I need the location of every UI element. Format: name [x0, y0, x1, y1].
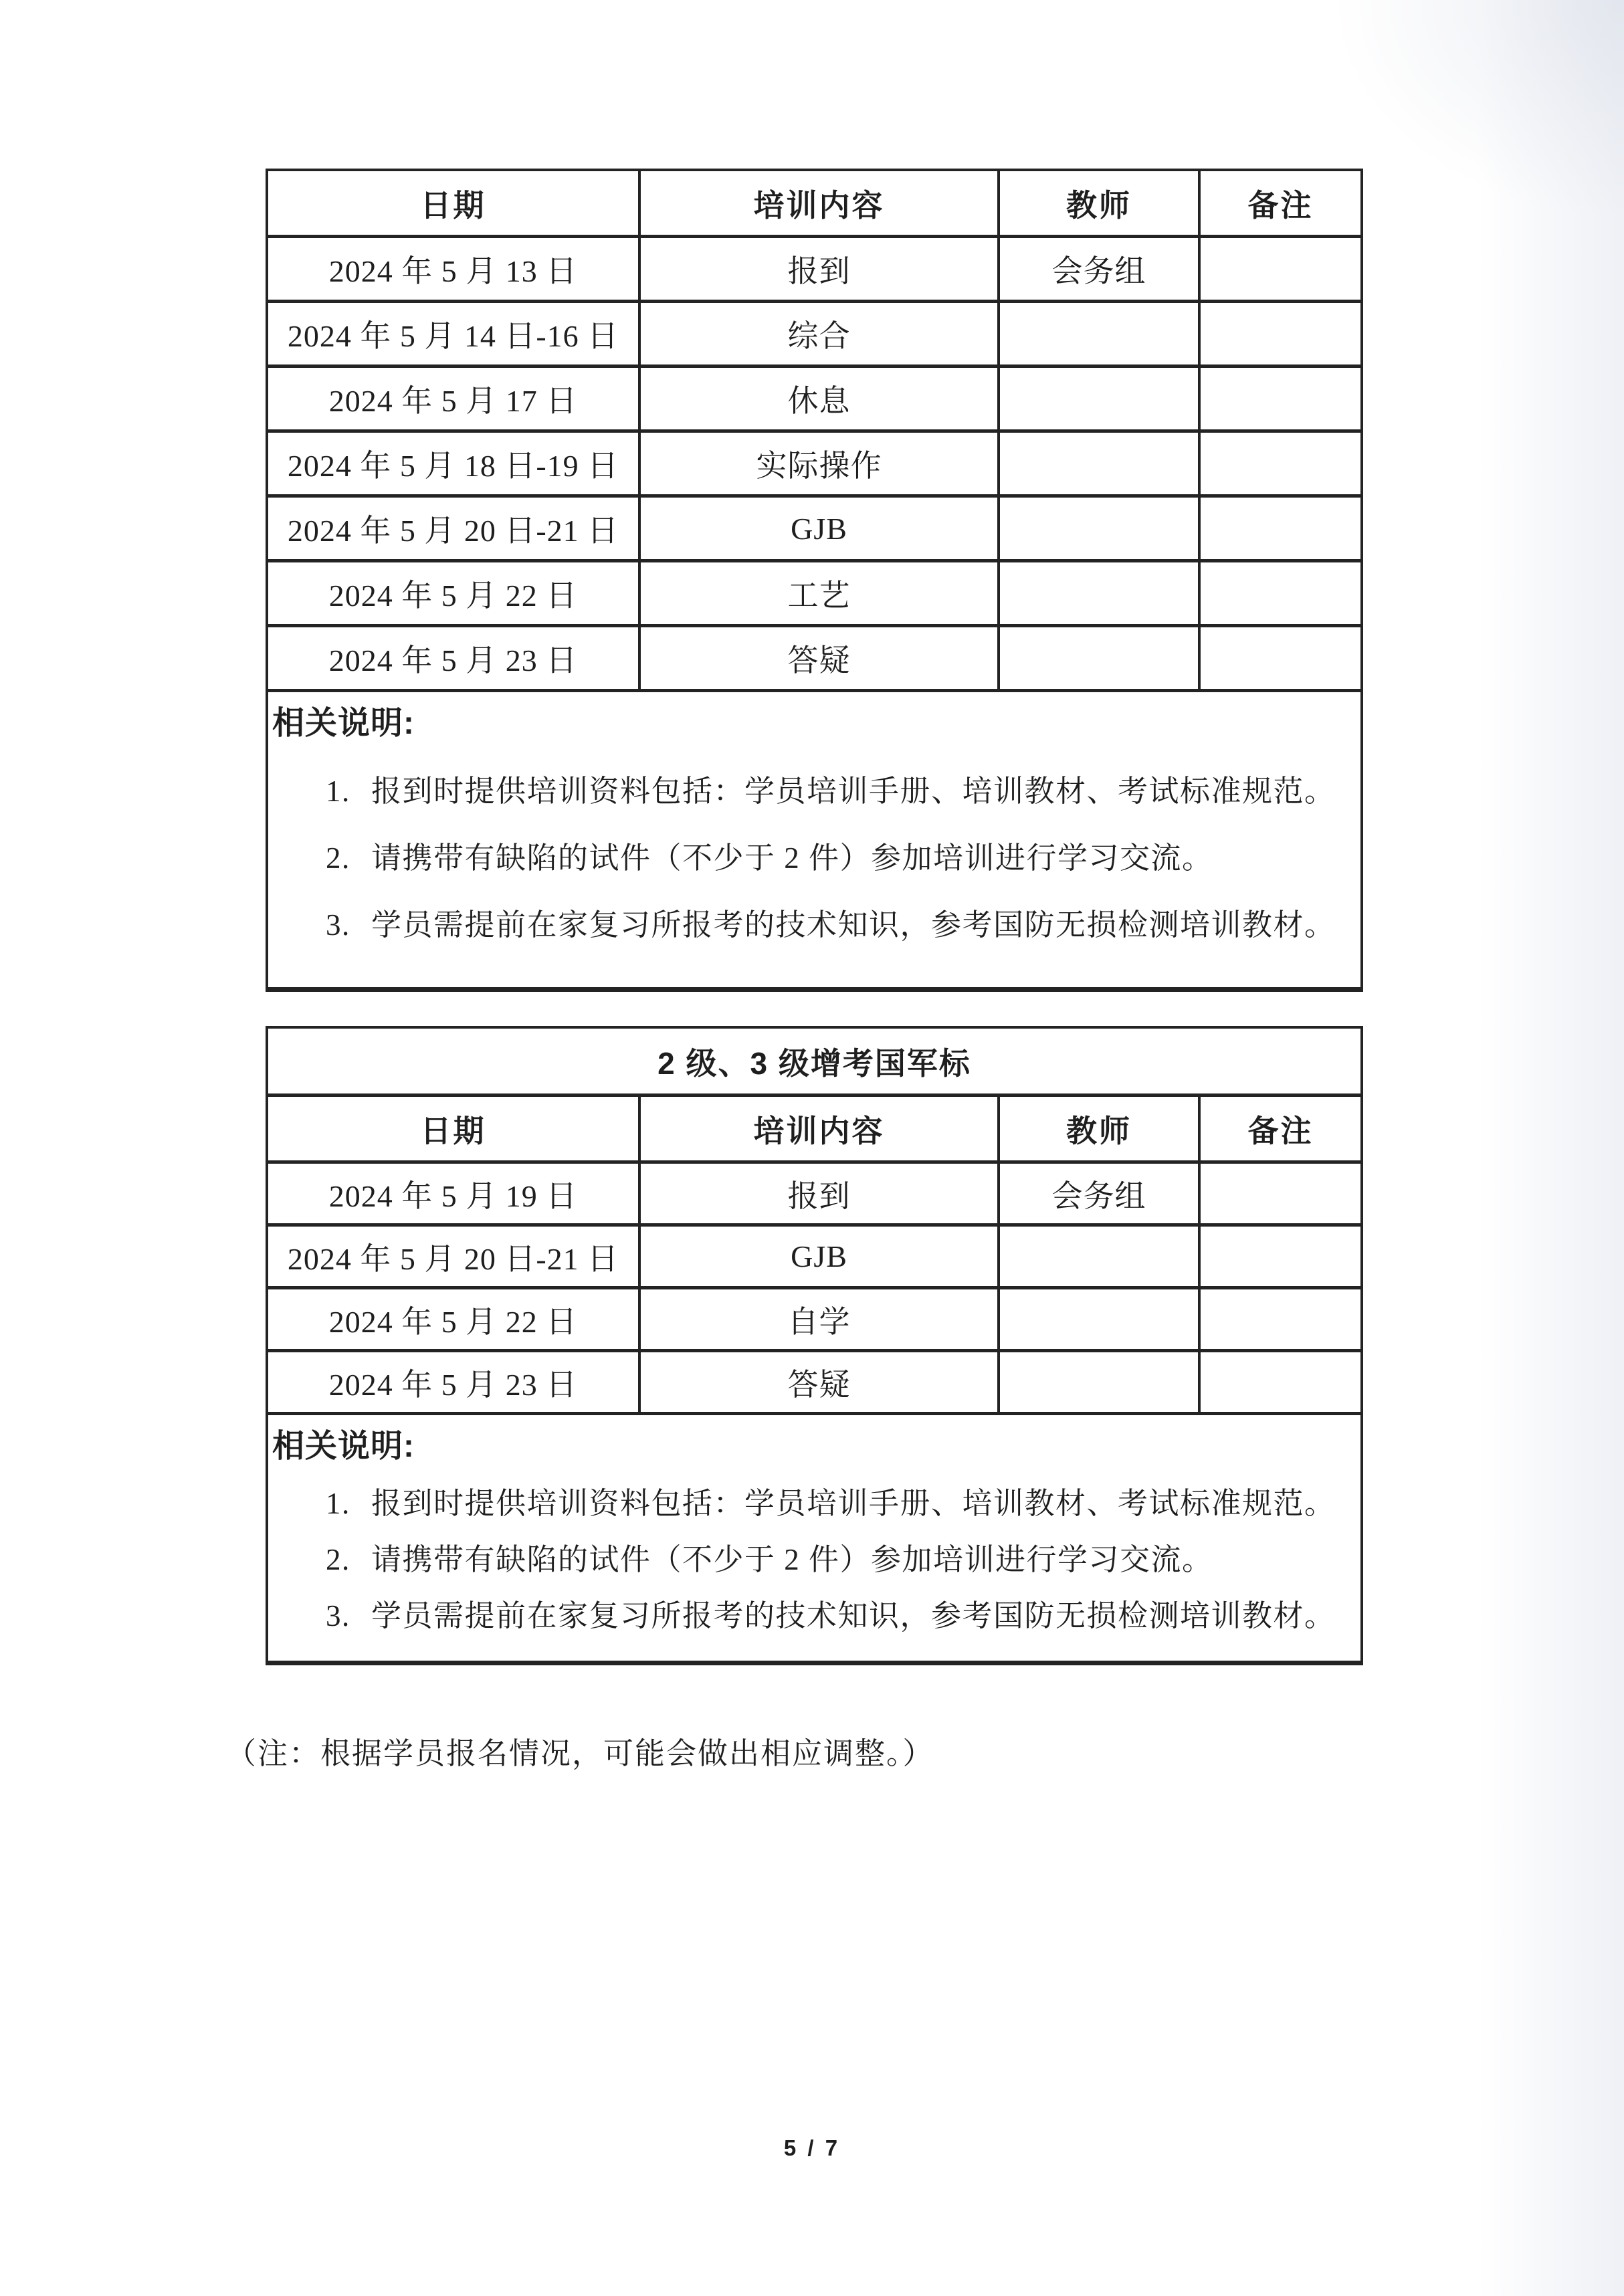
gjb-table-title: 2 级、3 级增考国军标: [268, 1029, 1360, 1097]
cell-teacher: [1000, 562, 1201, 624]
cell-content: 答疑: [641, 1352, 1000, 1412]
cell-date: 2024 年 5 月 23 日: [268, 1352, 641, 1412]
note-number: 2.: [326, 1541, 371, 1578]
cell-content: 综合: [641, 303, 1000, 364]
cell-teacher: [1000, 368, 1201, 429]
cell-date: 2024 年 5 月 20 日-21 日: [268, 498, 641, 559]
cell-content: 报到: [641, 238, 1000, 300]
cell-remarks: [1201, 562, 1360, 624]
cell-date: 2024 年 5 月 22 日: [268, 1289, 641, 1349]
note-number: 1.: [326, 772, 371, 810]
note-text: 请携带有缺陷的试件（不少于 2 件）参加培训进行学习交流。: [371, 839, 1213, 877]
cell-teacher: [1000, 498, 1201, 559]
note-item: 2. 请携带有缺陷的试件（不少于 2 件）参加培训进行学习交流。: [272, 839, 1355, 877]
note-number: 3.: [326, 906, 371, 944]
cell-teacher: 会务组: [1000, 1164, 1201, 1223]
cell-teacher: [1000, 1227, 1201, 1286]
notes-title: 相关说明:: [272, 704, 1355, 743]
table-row: 2024 年 5 月 17 日 休息: [268, 368, 1360, 433]
notes-section: 相关说明: 1. 报到时提供培训资料包括：学员培训手册、培训教材、考试标准规范。…: [268, 692, 1360, 987]
note-text: 报到时提供培训资料包括：学员培训手册、培训教材、考试标准规范。: [371, 772, 1336, 810]
gjb-schedule-table: 2 级、3 级增考国军标 日期 培训内容 教师 备注 2024 年 5 月 19…: [266, 1026, 1363, 1665]
cell-remarks: [1201, 368, 1360, 429]
note-number: 1.: [326, 1485, 371, 1522]
cell-content: GJB: [641, 498, 1000, 559]
note-number: 3.: [326, 1597, 371, 1635]
cell-date: 2024 年 5 月 20 日-21 日: [268, 1227, 641, 1286]
cell-teacher: [1000, 433, 1201, 494]
cell-remarks: [1201, 238, 1360, 300]
cell-date: 2024 年 5 月 13 日: [268, 238, 641, 300]
header-remarks: 备注: [1201, 1097, 1360, 1160]
cell-date: 2024 年 5 月 22 日: [268, 562, 641, 624]
table-row: 2024 年 5 月 20 日-21 日 GJB: [268, 498, 1360, 562]
cell-remarks: [1201, 627, 1360, 689]
cell-content: 工艺: [641, 562, 1000, 624]
cell-remarks: [1201, 498, 1360, 559]
cell-date: 2024 年 5 月 18 日-19 日: [268, 433, 641, 494]
note-item: 3. 学员需提前在家复习所报考的技术知识，参考国防无损检测培训教材。: [272, 1597, 1355, 1635]
cell-content: 答疑: [641, 627, 1000, 689]
cell-remarks: [1201, 1227, 1360, 1286]
note-number: 2.: [326, 839, 371, 877]
cell-date: 2024 年 5 月 23 日: [268, 627, 641, 689]
table-row: 2024 年 5 月 19 日 报到 会务组: [268, 1164, 1360, 1227]
header-training-content: 培训内容: [641, 1097, 1000, 1160]
scanned-document-page: 日期 培训内容 教师 备注 2024 年 5 月 13 日 报到 会务组 202…: [0, 0, 1624, 2296]
notes-title: 相关说明:: [272, 1427, 1355, 1466]
table-row: 2024 年 5 月 13 日 报到 会务组: [268, 238, 1360, 303]
cell-date: 2024 年 5 月 14 日-16 日: [268, 303, 641, 364]
note-item: 1. 报到时提供培训资料包括：学员培训手册、培训教材、考试标准规范。: [272, 1485, 1355, 1522]
header-teacher: 教师: [1000, 171, 1201, 235]
schedule-header-row: 日期 培训内容 教师 备注: [268, 171, 1360, 238]
cell-remarks: [1201, 433, 1360, 494]
cell-remarks: [1201, 1289, 1360, 1349]
cell-content: 报到: [641, 1164, 1000, 1223]
table-row: 2024 年 5 月 20 日-21 日 GJB: [268, 1227, 1360, 1289]
notes-section: 相关说明: 1. 报到时提供培训资料包括：学员培训手册、培训教材、考试标准规范。…: [268, 1415, 1360, 1661]
header-date: 日期: [268, 1097, 641, 1160]
cell-remarks: [1201, 303, 1360, 364]
cell-teacher: [1000, 627, 1201, 689]
note-item: 1. 报到时提供培训资料包括：学员培训手册、培训教材、考试标准规范。: [272, 772, 1355, 810]
cell-date: 2024 年 5 月 19 日: [268, 1164, 641, 1223]
training-schedule-table: 日期 培训内容 教师 备注 2024 年 5 月 13 日 报到 会务组 202…: [266, 169, 1363, 992]
cell-content: 休息: [641, 368, 1000, 429]
note-item: 2. 请携带有缺陷的试件（不少于 2 件）参加培训进行学习交流。: [272, 1541, 1355, 1578]
cell-teacher: [1000, 1352, 1201, 1412]
cell-content: 实际操作: [641, 433, 1000, 494]
note-item: 3. 学员需提前在家复习所报考的技术知识，参考国防无损检测培训教材。: [272, 906, 1355, 944]
gjb-header-row: 日期 培训内容 教师 备注: [268, 1097, 1360, 1164]
table-row: 2024 年 5 月 22 日 工艺: [268, 562, 1360, 627]
header-remarks: 备注: [1201, 171, 1360, 235]
header-teacher: 教师: [1000, 1097, 1201, 1160]
cell-remarks: [1201, 1164, 1360, 1223]
note-text: 请携带有缺陷的试件（不少于 2 件）参加培训进行学习交流。: [371, 1541, 1213, 1578]
table-row: 2024 年 5 月 23 日 答疑: [268, 627, 1360, 692]
table-row: 2024 年 5 月 22 日 自学: [268, 1289, 1360, 1352]
cell-teacher: [1000, 303, 1201, 364]
cell-teacher: [1000, 1289, 1201, 1349]
page-number: 5 / 7: [0, 2135, 1624, 2161]
table-row: 2024 年 5 月 18 日-19 日 实际操作: [268, 433, 1360, 498]
note-text: 学员需提前在家复习所报考的技术知识，参考国防无损检测培训教材。: [371, 1597, 1336, 1635]
header-date: 日期: [268, 171, 641, 235]
cell-content: GJB: [641, 1227, 1000, 1286]
cell-content: 自学: [641, 1289, 1000, 1349]
cell-date: 2024 年 5 月 17 日: [268, 368, 641, 429]
header-training-content: 培训内容: [641, 171, 1000, 235]
table-row: 2024 年 5 月 23 日 答疑: [268, 1352, 1360, 1415]
cell-remarks: [1201, 1352, 1360, 1412]
table-row: 2024 年 5 月 14 日-16 日 综合: [268, 303, 1360, 368]
note-text: 报到时提供培训资料包括：学员培训手册、培训教材、考试标准规范。: [371, 1485, 1336, 1522]
note-text: 学员需提前在家复习所报考的技术知识，参考国防无损检测培训教材。: [371, 906, 1336, 944]
adjustment-footnote: （注：根据学员报名情况，可能会做出相应调整。）: [226, 1729, 934, 1772]
cell-teacher: 会务组: [1000, 238, 1201, 300]
